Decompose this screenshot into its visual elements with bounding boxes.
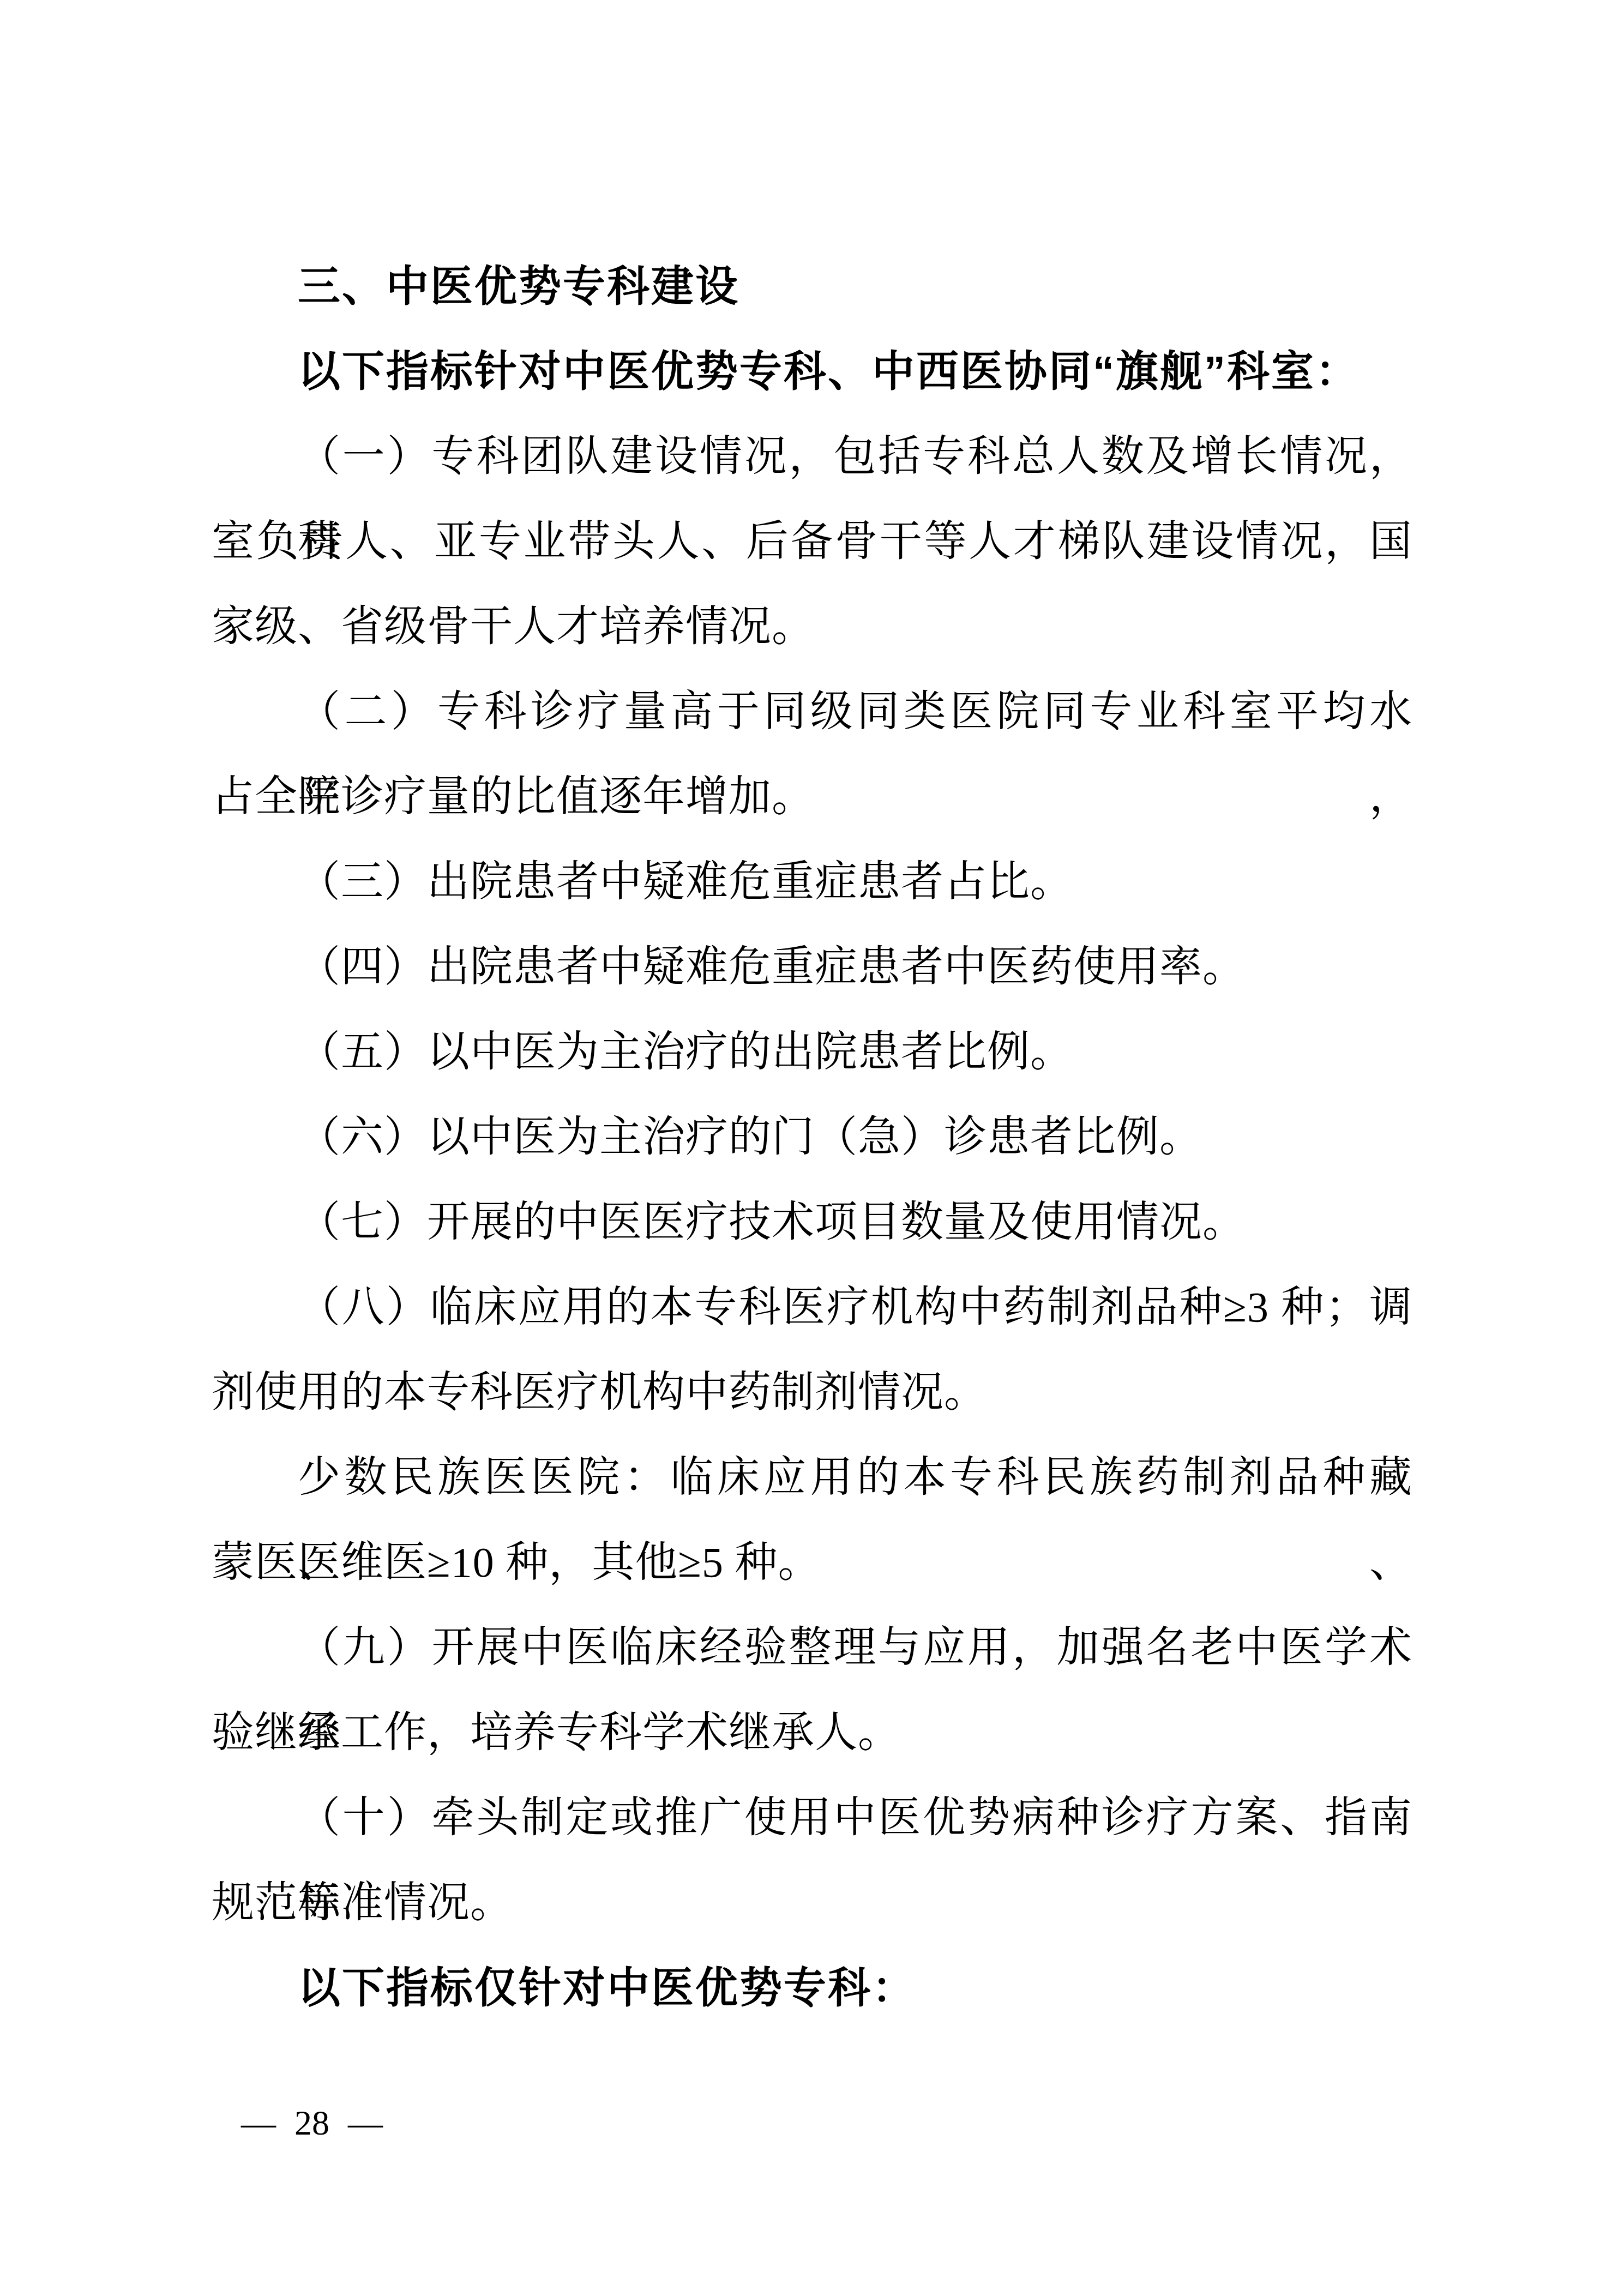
section-heading: 三、中医优势专科建设 (212, 244, 1412, 329)
subheading-flagship-scope: 以下指标针对中医优势专科、中西医协同“旗舰”科室： (212, 329, 1412, 414)
para-item-8-line-2: 剂使用的本专科医疗机构中药制剂情况。 (212, 1350, 1412, 1435)
para-item-3: （三）出院患者中疑难危重症患者占比。 (212, 839, 1412, 924)
para-item-8-line-1: （八）临床应用的本专科医疗机构中药制剂品种≥3 种；调 (212, 1265, 1412, 1350)
subheading-tcm-only-scope: 以下指标仅针对中医优势专科： (212, 1945, 1412, 2030)
para-item-1-line-1: （一）专科团队建设情况，包括专科总人数及增长情况，科 (212, 414, 1412, 499)
para-minority-hospitals-line-1: 少数民族医医院：临床应用的本专科民族药制剂品种藏医、 (212, 1435, 1412, 1520)
para-item-6: （六）以中医为主治疗的门（急）诊患者比例。 (212, 1095, 1412, 1180)
para-item-10-line-2: 规范标准情况。 (212, 1860, 1412, 1945)
para-item-10-line-1: （十）牵头制定或推广使用中医优势病种诊疗方案、指南等 (212, 1775, 1412, 1860)
para-item-7: （七）开展的中医医疗技术项目数量及使用情况。 (212, 1180, 1412, 1265)
para-item-4: （四）出院患者中疑难危重症患者中医药使用率。 (212, 924, 1412, 1009)
para-item-1-line-2: 室负责人、亚专业带头人、后备骨干等人才梯队建设情况，国 (212, 499, 1412, 584)
para-item-2-line-1: （二）专科诊疗量高于同级同类医院同专业科室平均水平， (212, 669, 1412, 754)
para-item-1-line-3: 家级、省级骨干人才培养情况。 (212, 584, 1412, 669)
page-number: — 28 — (241, 2093, 383, 2153)
para-item-5: （五）以中医为主治疗的出院患者比例。 (212, 1009, 1412, 1095)
document-page: 三、中医优势专科建设 以下指标针对中医优势专科、中西医协同“旗舰”科室： （一）… (0, 0, 1624, 2296)
document-body: 三、中医优势专科建设 以下指标针对中医优势专科、中西医协同“旗舰”科室： （一）… (212, 244, 1412, 2030)
para-item-9-line-1: （九）开展中医临床经验整理与应用，加强名老中医学术经 (212, 1605, 1412, 1690)
para-item-9-line-2: 验继承工作，培养专科学术继承人。 (212, 1690, 1412, 1775)
